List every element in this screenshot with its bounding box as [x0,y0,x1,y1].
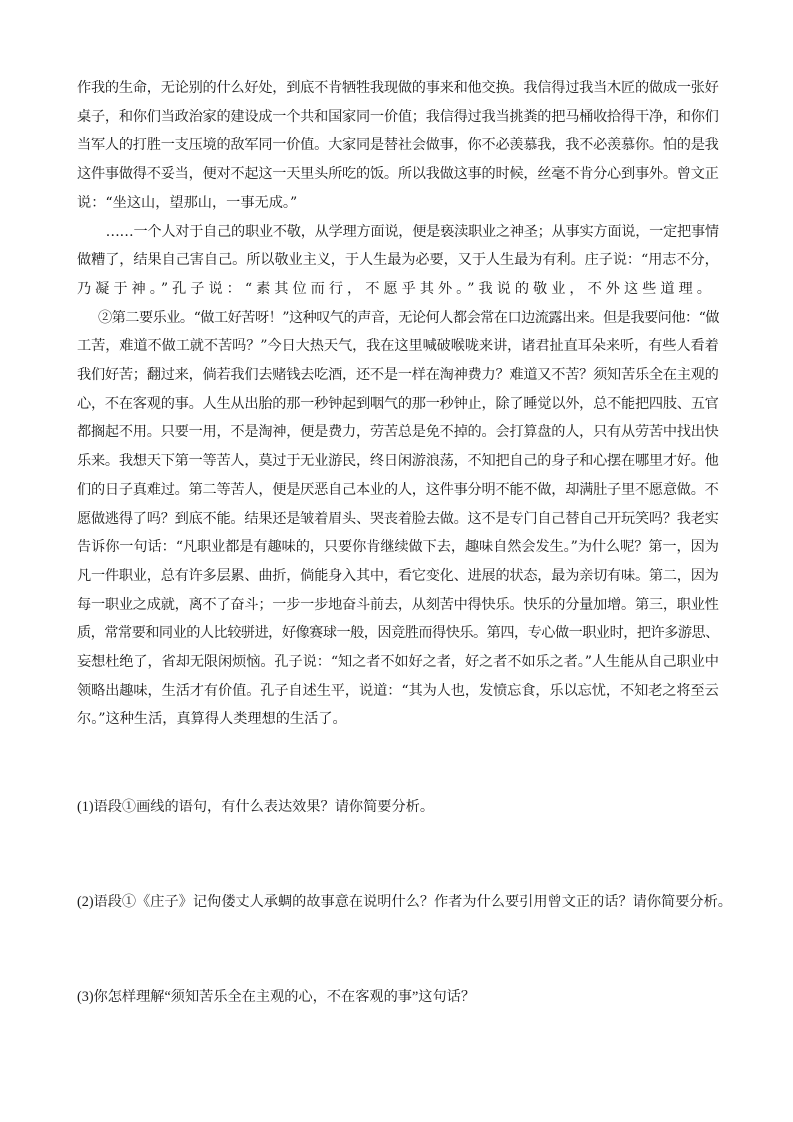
question-text: 你怎样理解“须知苦乐全在主观的心，不在客观的事”这句话？ [94,989,475,1005]
question-number: (1) [77,799,94,815]
text-line: ……一个人对于自己的职业不敬，从学理方面说，便是亵渎职业之神圣；从事实方面说，一… [77,218,719,247]
question-text: 语段①《庄子》记佝偻丈人承蜩的故事意在说明什么？作者为什么要引用曾文正的话？请你… [94,894,732,910]
text-line: 心，不在客观的事。人生从出胎的那一秒钟起到咽气的那一秒钟止，除了睡觉以外，总不能… [77,390,719,419]
question-2: (2)语段①《庄子》记佝偻丈人承蜩的故事意在说明什么？作者为什么要引用曾文正的话… [77,892,732,912]
text-line: 乃凝于神。”孔子说：“素其位而行，不愿乎其外。”我说的敬业，不外这些道理。 [77,275,719,304]
passage-paragraph-enjoy-work: ②第二要乐业。“做工好苦呀！”这种叹气的声音，无论何人都会常在口边流露出来。但是… [77,304,719,735]
question-number: (2) [77,894,94,910]
text-line: 当军人的打胜一支压境的敌军同一价值。大家同是替社会做事，你不必羡慕我，我不必羡慕… [77,131,719,160]
passage: 作我的生命，无论别的什么好处，到底不肯牺牲我现做的事来和他交换。我信得过我当木匠… [77,74,719,734]
text-line: 妄想杜绝了，省却无限闲烦恼。孔子说：“知之者不如好之者，好之者不如乐之者。”人生… [77,648,719,677]
answer-space-2 [77,917,719,983]
text-line: 告诉你一句话：“凡职业都是有趣味的，只要你肯继续做下去，趣味自然会发生。”为什么… [77,533,719,562]
question-text: 语段①画线的语句，有什么表达效果？请你简要分析。 [94,799,435,815]
question-1: (1)语段①画线的语句，有什么表达效果？请你简要分析。 [77,797,434,817]
text-line: 愿做逃得了吗？到底不能。结果还是皱着眉头、哭丧着脸去做。这不是专门自己替自己开玩… [77,505,719,534]
text-line: ②第二要乐业。“做工好苦呀！”这种叹气的声音，无论何人都会常在口边流露出来。但是… [77,304,719,333]
text-line: 质，常常要和同业的人比较骈进，好像赛球一般，因竞胜而得快乐。第四，专心做一职业时… [77,619,719,648]
text-line: 桌子，和你们当政治家的建设成一个共和国家同一价值；我信得过我当挑粪的把马桶收拾得… [77,103,719,132]
passage-paragraph-continuation: 作我的生命，无论别的什么好处，到底不肯牺牲我现做的事来和他交换。我信得过我当木匠… [77,74,719,218]
text-line: 都搁起不用。只要一用，不是淘神，便是费力，劳苦总是免不掉的。会打算盘的人，只有从… [77,418,719,447]
text-line: 说：“坐这山，望那山，一事无成。” [77,189,719,218]
passage-paragraph-respect-summary: ……一个人对于自己的职业不敬，从学理方面说，便是亵渎职业之神圣；从事实方面说，一… [77,218,719,304]
answer-space-3 [77,1012,719,1092]
question-number: (3) [77,989,94,1005]
text-line: 每一职业之成就，离不了奋斗；一步一步地奋斗前去，从刻苦中得快乐。快乐的分量加增。… [77,591,719,620]
text-line: 凡一件职业，总有许多层累、曲折，倘能身入其中，看它变化、进展的状态，最为亲切有味… [77,562,719,591]
text-line: 做糟了，结果自己害自己。所以敬业主义，于人生最为必要，又于人生最为有利。庄子说：… [77,246,719,275]
answer-space-1 [77,822,719,888]
text-line: 乐来。我想天下第一等苦人，莫过于无业游民，终日闲游浪荡，不知把自己的身子和心摆在… [77,447,719,476]
question-3: (3)你怎样理解“须知苦乐全在主观的心，不在客观的事”这句话？ [77,987,475,1007]
text-line: 领略出趣味，生活才有价值。孔子自述生平，说道：“其为人也，发愤忘食，乐以忘忧，不… [77,677,719,706]
text-line: 我们好苦；翻过来，倘若我们去赌钱去吃酒，还不是一样在淘神费力？难道又不苦？须知苦… [77,361,719,390]
text-line: 作我的生命，无论别的什么好处，到底不肯牺牲我现做的事来和他交换。我信得过我当木匠… [77,74,719,103]
text-line: 这件事做得不妥当，便对不起这一天里头所吃的饭。所以我做这事的时候，丝毫不肯分心到… [77,160,719,189]
text-line: 工苦，难道不做工就不苦吗？”今日大热天气，我在这里喊破喉咙来讲，诸君扯直耳朵来听… [77,332,719,361]
text-line: 们的日子真难过。第二等苦人，便是厌恶自己本业的人，这件事分明不能不做，却满肚子里… [77,476,719,505]
text-line: 尔。”这种生活，真算得人类理想的生活了。 [77,705,719,734]
